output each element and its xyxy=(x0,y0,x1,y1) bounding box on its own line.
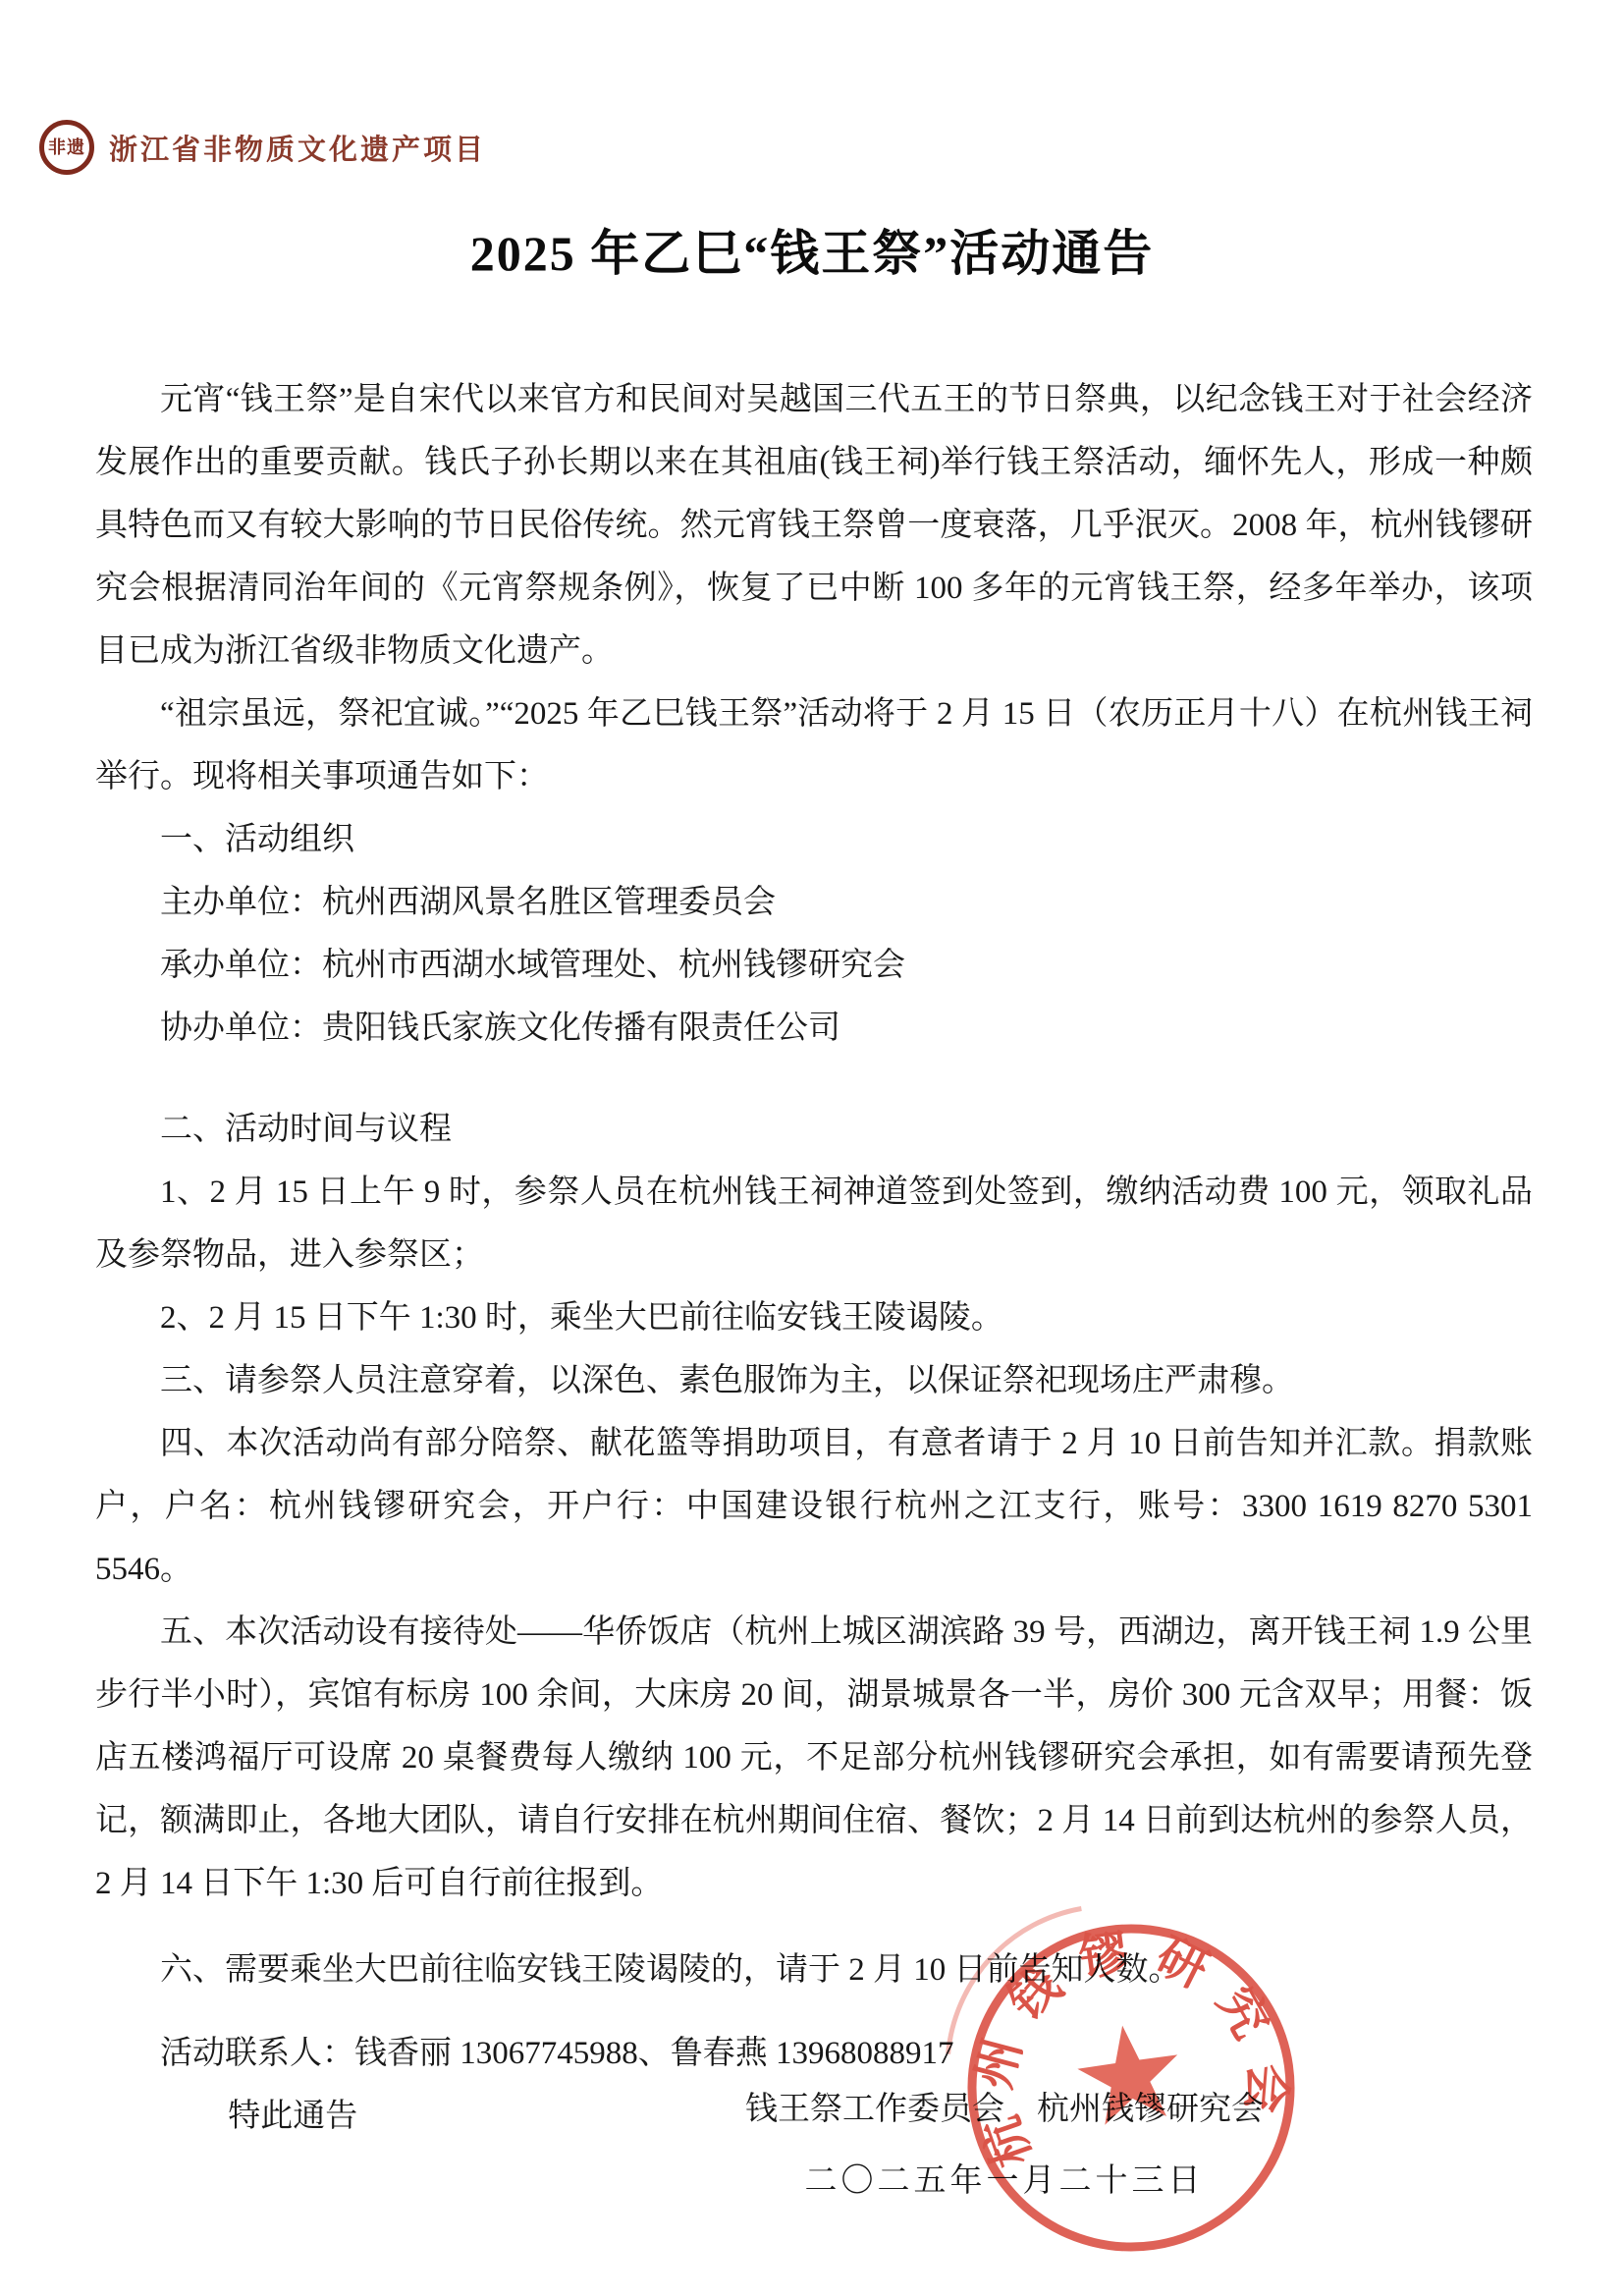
paragraph: 承办单位：杭州市西湖水域管理处、杭州钱镠研究会 xyxy=(95,934,1533,997)
paragraph: 六、需要乘坐大巴前往临安钱王陵谒陵的，请于 2 月 10 日前告知人数。 xyxy=(95,1939,1533,2001)
signature-block: 钱王祭工作委员会 杭州钱镠研究会 二〇二五年一月二十三日 xyxy=(729,2083,1280,2201)
document-title: 2025 年乙巳“钱王祭”活动通告 xyxy=(0,227,1624,281)
document-page: 非遗 浙江省非物质文化遗产项目 2025 年乙巳“钱王祭”活动通告 元宵“钱王祭… xyxy=(0,0,1624,2296)
heritage-seal-icon: 非遗 xyxy=(39,120,94,175)
signature-date: 二〇二五年一月二十三日 xyxy=(729,2155,1280,2201)
paragraph: 活动联系人：钱香丽 13067745988、鲁春燕 13968088917 xyxy=(95,2022,1533,2085)
heritage-seal-icon-glyph: 非遗 xyxy=(48,138,85,156)
document-body: 元宵“钱王祭”是自宋代以来官方和民间对吴越国三代五王的节日祭典，以纪念钱王对于社… xyxy=(95,368,1533,2148)
paragraph: 五、本次活动设有接待处——华侨饭店（杭州上城区湖滨路 39 号，西湖边，离开钱王… xyxy=(95,1601,1533,1915)
paragraph: 三、请参祭人员注意穿着，以深色、素色服饰为主，以保证祭祀现场庄严肃穆。 xyxy=(95,1349,1533,1412)
paragraph: 主办单位：杭州西湖风景名胜区管理委员会 xyxy=(95,871,1533,934)
paragraph: 1、2 月 15 日上午 9 时，参祭人员在杭州钱王祠神道签到处签到，缴纳活动费… xyxy=(95,1161,1533,1286)
heritage-badge: 非遗 浙江省非物质文化遗产项目 xyxy=(39,120,486,175)
paragraph: 2、2 月 15 日下午 1:30 时，乘坐大巴前往临安钱王陵谒陵。 xyxy=(95,1286,1533,1349)
paragraph: 一、活动组织 xyxy=(95,808,1533,871)
paragraph: 四、本次活动尚有部分陪祭、献花篮等捐助项目，有意者请于 2 月 10 日前告知并… xyxy=(95,1412,1533,1601)
signature-organizations: 钱王祭工作委员会 杭州钱镠研究会 xyxy=(729,2083,1280,2129)
paragraph: 元宵“钱王祭”是自宋代以来官方和民间对吴越国三代五王的节日祭典，以纪念钱王对于社… xyxy=(95,368,1533,683)
paragraph: 协办单位：贵阳钱氏家族文化传播有限责任公司 xyxy=(95,997,1533,1060)
paragraph: “祖宗虽远，祭祀宜诚。”“2025 年乙巳钱王祭”活动将于 2 月 15 日（农… xyxy=(95,683,1533,808)
paragraph: 二、活动时间与议程 xyxy=(95,1098,1533,1161)
heritage-badge-label: 浙江省非物质文化遗产项目 xyxy=(109,128,486,168)
